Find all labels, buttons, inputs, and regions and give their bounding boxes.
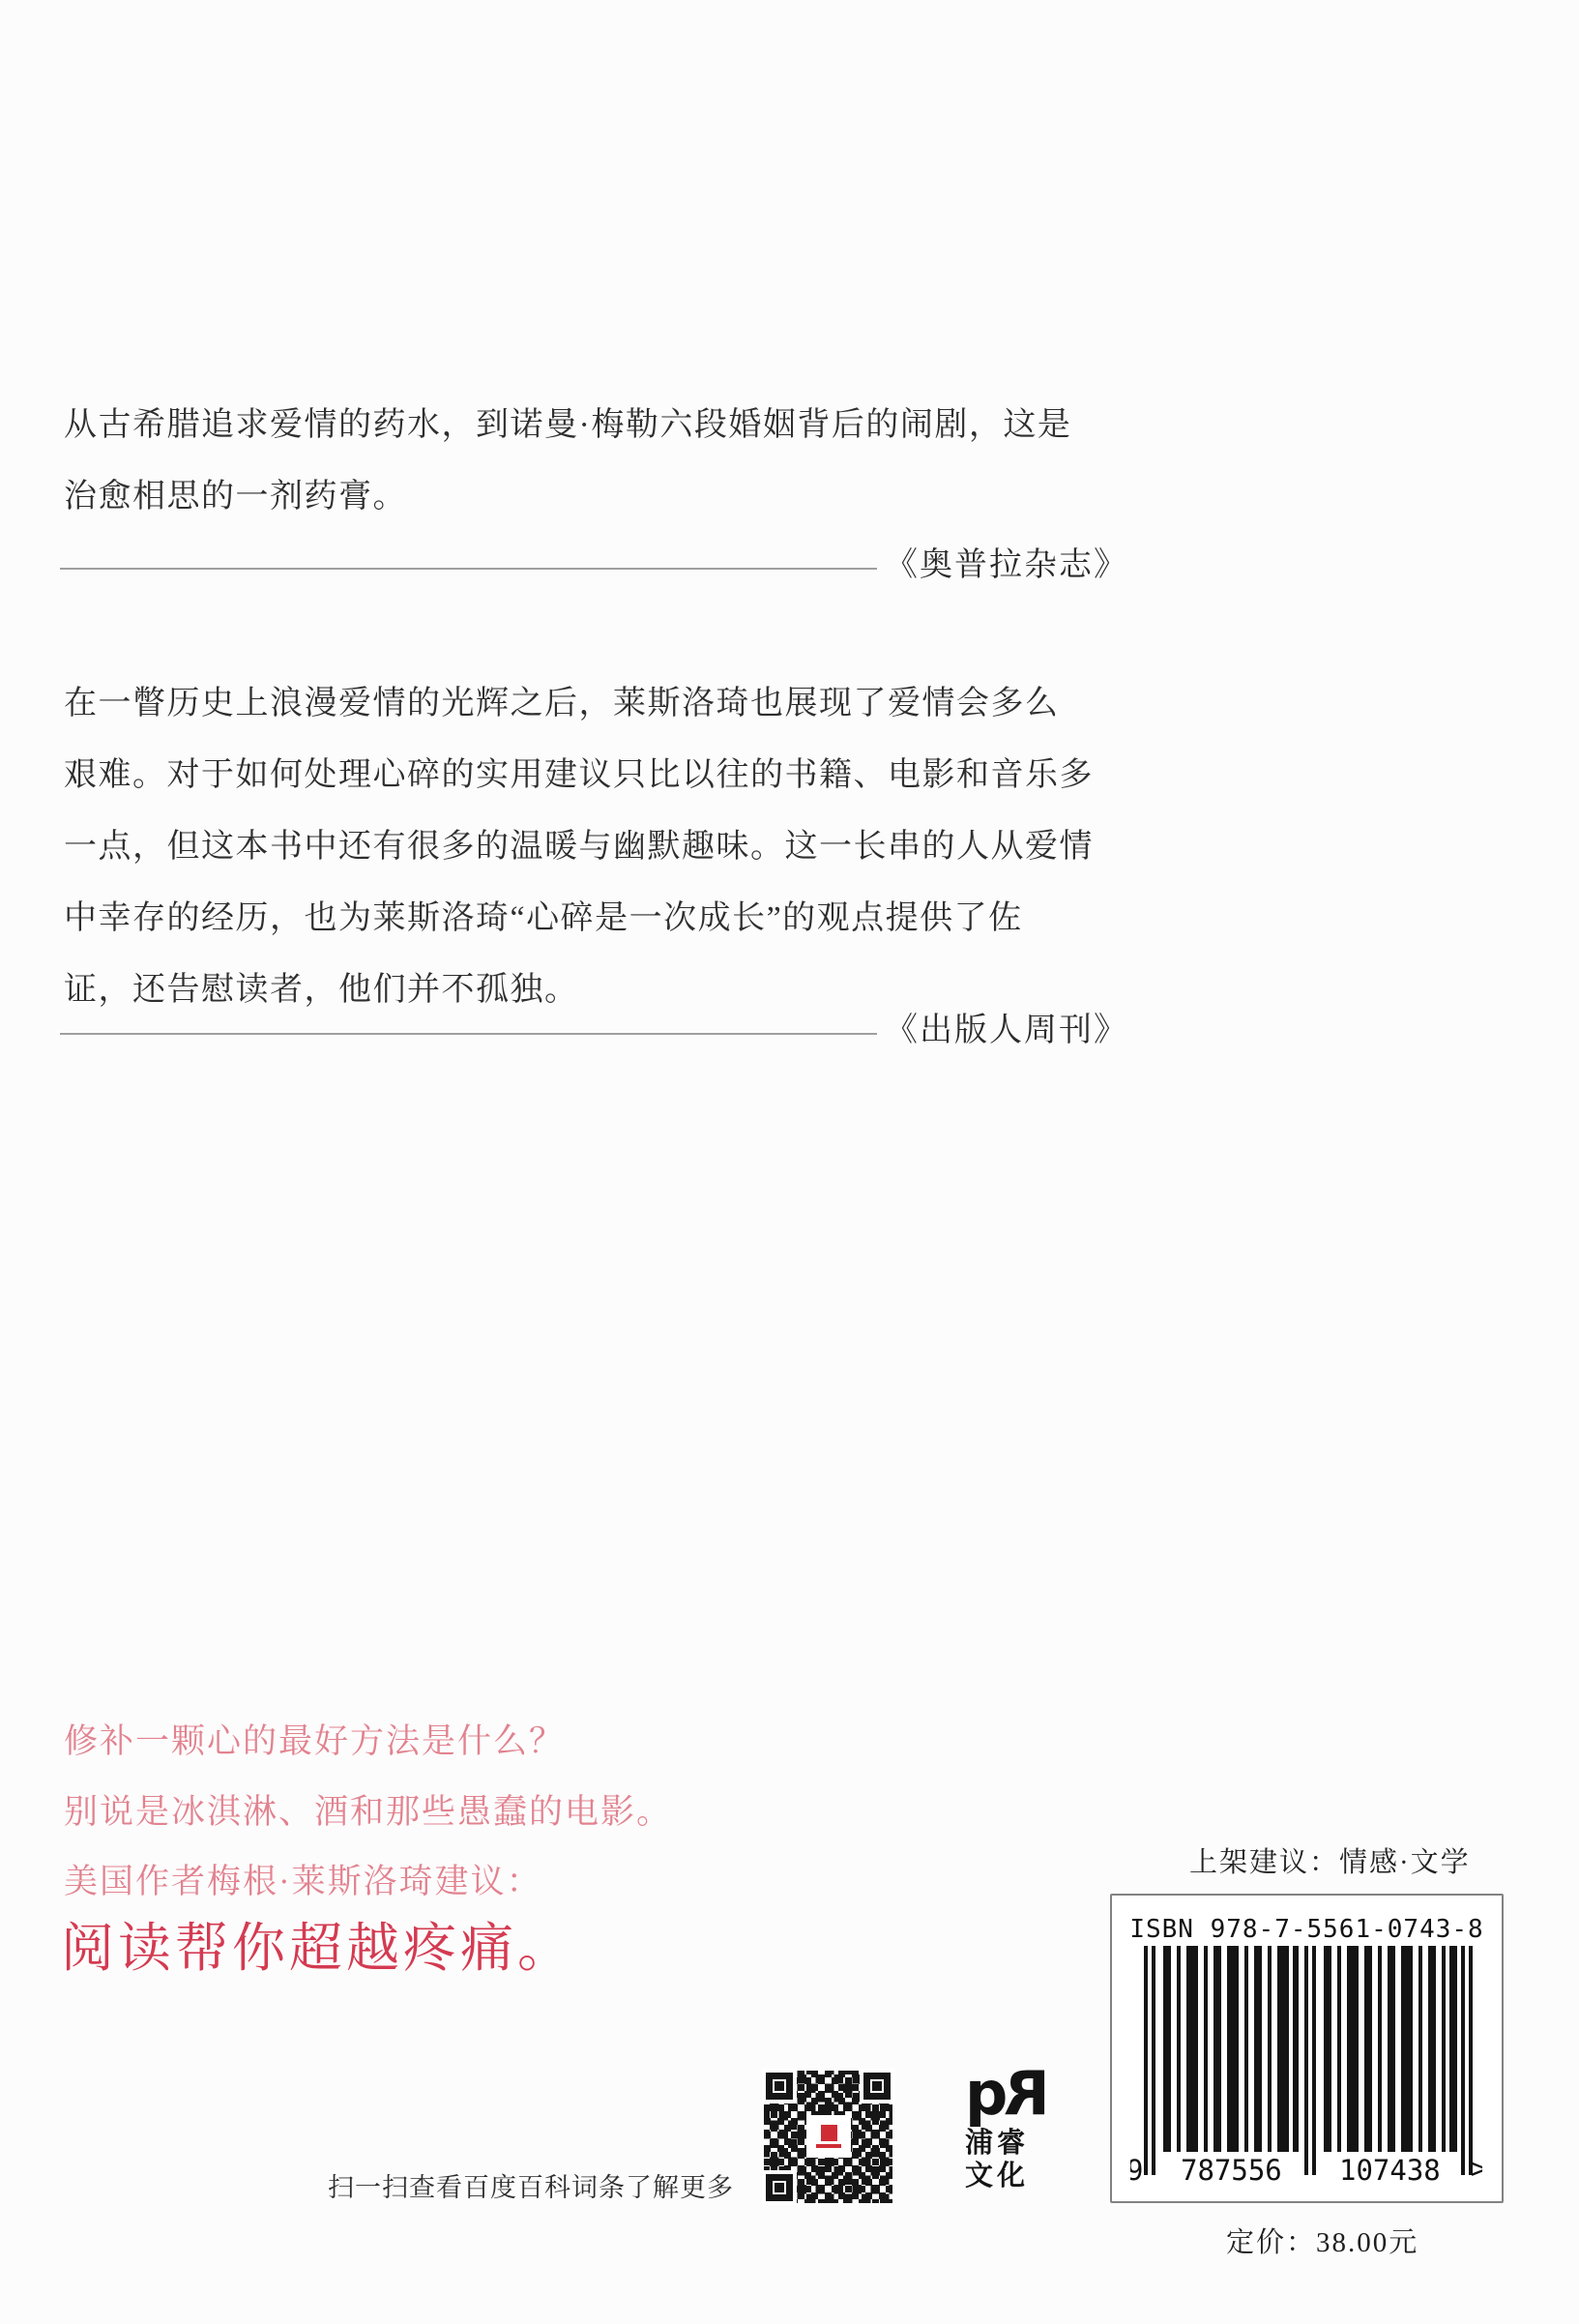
quote-line: 治愈相思的一剂药膏。: [64, 461, 1137, 533]
attribution-source-publishers-weekly: 《出版人周刊》: [885, 1003, 1128, 1050]
quote-line: 从古希腊追求爱情的药水，到诺曼·梅勒六段婚姻背后的闹剧，这是: [64, 390, 1137, 461]
price-label: 定价：38.00元: [1226, 2221, 1418, 2260]
barcode-suffix: >: [1471, 2152, 1482, 2184]
barcode-digits-group2: 107438: [1339, 2154, 1441, 2184]
promo-headline: 阅读帮你超越疼痛。: [61, 1905, 574, 1982]
isbn-label: ISBN 978-7-5561-0743-8: [1112, 1915, 1502, 1944]
quote-paragraph-oprah: 从古希腊追求爱情的药水，到诺曼·梅勒六段婚姻背后的闹剧，这是 治愈相思的一剂药膏…: [64, 390, 1137, 533]
qr-finder-top-right-icon: [863, 2073, 891, 2100]
ean13-barcode: 9 787556 107438 >: [1130, 1946, 1482, 2184]
publisher-logo: pR 浦睿 文化: [965, 2062, 1062, 2192]
qr-finder-bottom-left-icon: [766, 2174, 793, 2201]
scan-caption: 扫一扫查看百度百科词条了解更多: [328, 2166, 734, 2204]
promo-line-3: 美国作者梅根·莱斯洛琦建议：: [64, 1855, 542, 1903]
qr-center-red-mark-icon: [821, 2125, 837, 2141]
qr-center-red-bar-icon: [816, 2144, 841, 2148]
shelf-advice-label: 上架建议：情感·文学: [1189, 1840, 1471, 1880]
monogram-p: p: [965, 2058, 1006, 2129]
barcode-digit-lead: 9: [1130, 2154, 1143, 2184]
book-back-cover: 从古希腊追求爱情的药水，到诺曼·梅勒六段婚姻背后的闹剧，这是 治愈相思的一剂药膏…: [0, 0, 1579, 2324]
attribution-rule: [60, 1033, 877, 1035]
promo-line-1: 修补一颗心的最好方法是什么？: [64, 1715, 565, 1763]
quote-line: 一点，但这本书中还有很多的温暖与幽默趣味。这一长串的人从爱情: [64, 811, 1137, 883]
publisher-name-line2: 文化: [965, 2159, 1062, 2192]
promo-line-2: 别说是冰淇淋、酒和那些愚蠢的电影。: [64, 1785, 672, 1834]
monogram-reversed-r: R: [1006, 2062, 1050, 2126]
quote-line: 艰难。对于如何处理心碎的实用建议只比以往的书籍、电影和音乐多: [64, 740, 1137, 811]
quote-line: 中幸存的经历，也为莱斯洛琦“心碎是一次成长”的观点提供了佐: [64, 883, 1137, 955]
publisher-name-line1: 浦睿: [965, 2126, 1062, 2159]
barcode-digits-group1: 787556: [1181, 2154, 1282, 2184]
qr-center-logo: [806, 2115, 851, 2158]
barcode-box: ISBN 978-7-5561-0743-8: [1110, 1894, 1504, 2203]
qr-finder-top-left-icon: [766, 2073, 793, 2100]
publisher-monogram-icon: pR: [965, 2062, 1062, 2126]
quote-paragraph-publishers-weekly: 在一瞥历史上浪漫爱情的光辉之后，莱斯洛琦也展现了爱情会多么 艰难。对于如何处理心…: [64, 668, 1137, 1026]
quote-line: 在一瞥历史上浪漫爱情的光辉之后，莱斯洛琦也展现了爱情会多么: [64, 668, 1137, 740]
qr-code: [764, 2071, 892, 2203]
attribution-source-oprah: 《奥普拉杂志》: [885, 538, 1128, 585]
attribution-rule: [60, 568, 877, 570]
